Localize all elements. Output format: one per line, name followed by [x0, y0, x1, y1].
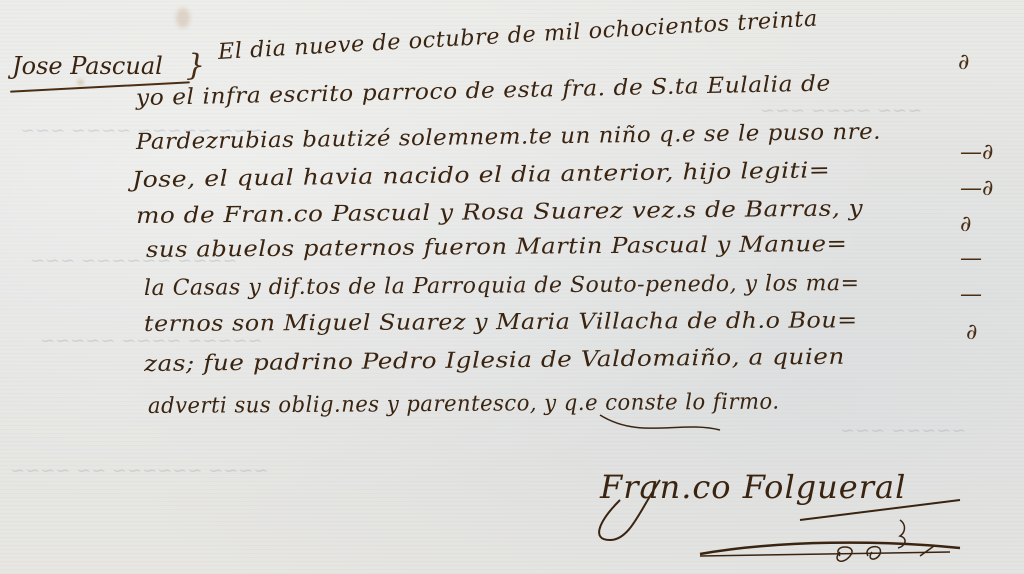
- signature-rubric: [0, 0, 1024, 574]
